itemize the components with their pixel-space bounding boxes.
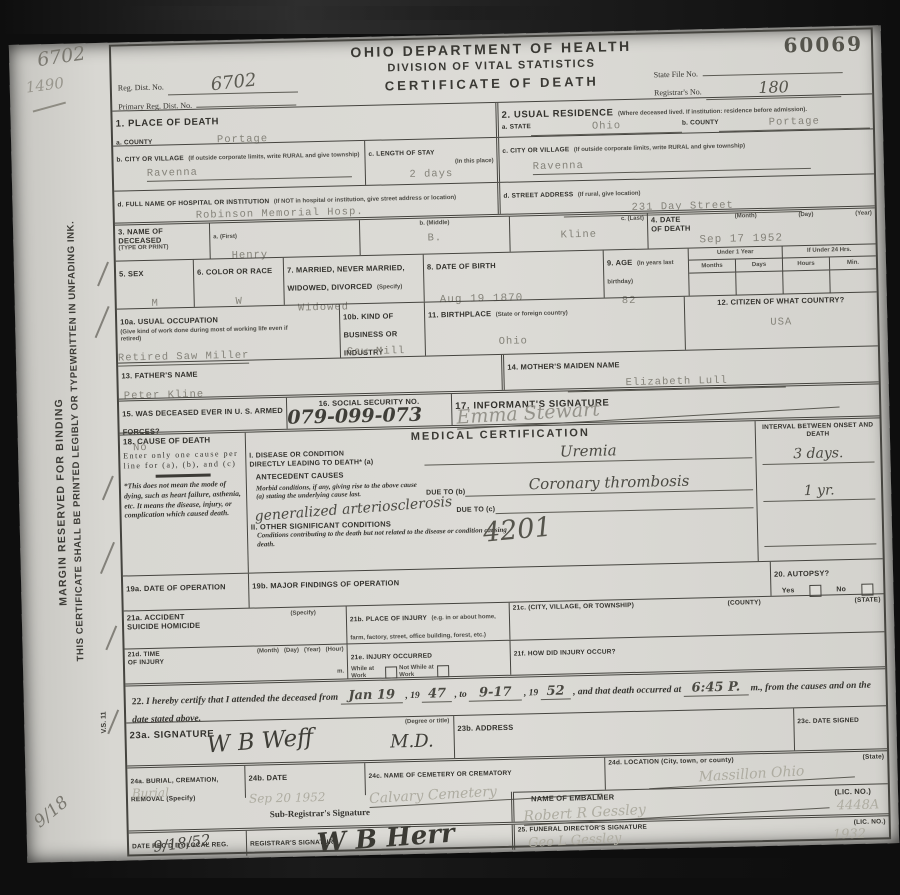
res-state-label: a. STATE	[502, 123, 531, 136]
registrar-no-value: 180	[758, 77, 789, 97]
sex-label: 5. SEX	[119, 269, 144, 279]
burial-location-state-label: (State)	[863, 753, 885, 761]
reg-dist-value: 6702	[209, 69, 257, 95]
mother-label: 14. MOTHER'S MAIDEN NAME	[507, 360, 620, 372]
days-cell	[736, 271, 784, 295]
father-label: 13. FATHER'S NAME	[121, 370, 197, 381]
certify-text-1: I hereby certify that I attended the dec…	[146, 693, 338, 707]
dod-month: (Month)	[735, 213, 757, 231]
hospital-label: d. FULL NAME OF HOSPITAL OR INSTITUTION	[117, 198, 269, 208]
hours-cell	[783, 270, 831, 294]
months-label: Months	[689, 260, 736, 273]
occupation-note: (Give kind of work done during most of w…	[120, 325, 300, 343]
place-city-label: b. CITY OR VILLAGE	[116, 155, 184, 164]
pencil-mark	[95, 306, 110, 338]
cause-instruction: Enter only one cause per line for (a), (…	[123, 448, 242, 472]
min-cell	[830, 269, 877, 293]
res-city-label: c. CITY OR VILLAGE	[502, 146, 569, 155]
injury-time-label: 21d. TIME OF INJURY	[128, 651, 168, 667]
burial-date-label: 24b. DATE	[248, 773, 287, 783]
place-city-value: Ravenna	[147, 164, 352, 181]
middle-label: b. (Middle)	[363, 219, 506, 229]
film-artifact	[120, 6, 620, 20]
interval-header: INTERVAL BETWEEN ONSET AND DEATH	[756, 418, 880, 439]
certify-to-date: 9-17	[469, 685, 522, 702]
signature-label: 23a. SIGNATURE	[129, 729, 214, 742]
state-file-label: State File No.	[654, 69, 698, 79]
marital-note: (Specify)	[377, 284, 402, 291]
certify-time: 6:45 P.	[683, 679, 748, 696]
pencil-mark	[105, 626, 116, 651]
birthplace-note: (State or foreign country)	[496, 310, 568, 318]
certify-from-date: Jan 19	[340, 687, 403, 704]
days-label: Days	[736, 258, 783, 271]
ssn-value: 079-099-073	[287, 404, 422, 429]
dod-year: (Year)	[855, 210, 872, 228]
last-label: c. (Last)	[513, 216, 644, 226]
certificate-form: OHIO DEPARTMENT OF HEALTH DIVISION OF VI…	[109, 27, 891, 856]
certify-p2: , 19	[524, 688, 538, 698]
cause-footnote: *This does not mean the mode of dying, s…	[124, 479, 244, 521]
under1-header: Under 1 Year	[689, 246, 783, 259]
age-label: 9. AGE	[607, 258, 633, 268]
interval-c	[764, 531, 876, 547]
funeral-lic-value: 1932	[833, 827, 866, 843]
last-value: Kline	[513, 229, 644, 244]
cause-b-value: Coronary thrombosis	[529, 472, 690, 494]
certify-num: 22.	[132, 697, 144, 707]
operation-findings-label: 19b. MAJOR FINDINGS OF OPERATION	[252, 578, 399, 590]
registrar-no-label: Registrar's No.	[654, 87, 702, 97]
certify-from-year: 47	[422, 686, 452, 703]
street-note: (If rural, give location)	[578, 191, 641, 198]
divider-bar	[156, 474, 211, 478]
min-label: Min.	[830, 256, 876, 269]
injury-kind-label: 21a. ACCIDENT SUICIDE HOMICIDE	[127, 611, 217, 631]
interval-b: 1 yr.	[804, 482, 835, 499]
injury-loc-label: 21c. (CITY, VILLAGE, OR TOWNSHIP)	[513, 602, 634, 613]
hospital-note: (If NOT in hospital or institution, give…	[274, 195, 456, 205]
pencil-mark	[102, 476, 113, 501]
injury-county-label: (COUNTY)	[728, 599, 762, 608]
date-received-value: 9/18/52	[152, 831, 212, 856]
operation-date-label: 19a. DATE OF OPERATION	[126, 582, 226, 593]
injury-state-label: (STATE)	[855, 596, 881, 604]
injury-time-cols: (Month) (Day) (Year) (Hour)	[257, 647, 344, 665]
state-file-stamp: 60069	[663, 32, 863, 61]
film-artifact	[60, 858, 820, 878]
physician-signature: W B Weff	[206, 724, 314, 758]
pencil-mark	[107, 710, 118, 735]
place-of-death-title: 1. PLACE OF DEATH	[116, 116, 220, 129]
pencil-mark	[97, 262, 108, 287]
degree-note: (Degree or title)	[405, 718, 449, 726]
months-cell	[689, 273, 737, 297]
injury-time-m: m.	[128, 668, 344, 680]
how-injury-label: 21f. HOW DID INJURY OCCUR?	[514, 648, 616, 657]
embalmer-label: NAME OF EMBALMER	[531, 792, 614, 803]
citizen-value: USA	[688, 315, 874, 331]
cause-label: 18. CAUSE OF DEATH	[123, 435, 242, 447]
birthplace-value: Ohio	[499, 333, 682, 349]
street-label: d. STREET ADDRESS	[503, 191, 573, 200]
injury-occurred-label: 21e. INJURY OCCURRED	[351, 653, 432, 662]
burial-value: Burial	[132, 786, 169, 801]
stamp-4201: 4201	[482, 511, 553, 548]
row-cause-of-death: 18. CAUSE OF DEATH Enter only one cause …	[120, 415, 883, 575]
due-to-c-label: DUE TO (c)	[456, 506, 495, 515]
pencil-mark	[100, 542, 115, 574]
date-signed-label: 23c. DATE SIGNED	[797, 717, 859, 725]
interval-a: 3 days.	[793, 445, 844, 462]
cause-a-value: Uremia	[560, 441, 617, 460]
hours-label: Hours	[783, 257, 830, 270]
injury-kind-note: (Specify)	[290, 610, 315, 617]
certify-to-year: 52	[540, 683, 570, 700]
stay-value: 2 days	[369, 168, 494, 182]
dod-label: 4. DATE OF DEATH	[651, 215, 693, 234]
place-city-note: (If outside corporate limits, write RURA…	[188, 152, 359, 162]
degree-value: M.D.	[390, 731, 434, 753]
certify-p1: , 19	[405, 691, 419, 701]
occupation-label: 10a. USUAL OCCUPATION	[120, 315, 218, 326]
under24-header: If Under 24 Hrs.	[783, 244, 876, 257]
reg-dist-label: Reg. Dist. No.	[118, 82, 164, 92]
usual-residence-title: 2. USUAL RESIDENCE	[501, 107, 613, 121]
burial-location-label: 24d. LOCATION (City, town, or county)	[608, 757, 734, 768]
res-county-label: b. COUNTY	[682, 119, 719, 132]
stay-label: c. LENGTH OF STAY	[368, 149, 434, 158]
embalmer-lic-label: (LIC. NO.)	[834, 787, 871, 797]
certify-text-2: , to	[454, 690, 466, 700]
res-city-note: (If outside corporate limits, write RURA…	[574, 143, 745, 153]
dod-day: (Day)	[798, 212, 813, 230]
form-number: V.S. 11	[100, 672, 109, 772]
race-label: 6. COLOR OR RACE	[197, 266, 272, 277]
name-label: 3. NAME OF DECEASED	[118, 226, 206, 246]
funeral-lic-label: (LIC. NO.)	[854, 818, 886, 827]
microfilm-scan: MARGIN RESERVED FOR BINDING THIS CERTIFI…	[0, 0, 900, 895]
name-sub: (TYPE OR PRINT)	[118, 244, 206, 253]
margin-pen-mark	[33, 102, 66, 112]
cemetery-label: 24c. NAME OF CEMETERY OR CREMATORY	[368, 770, 511, 780]
stay-note: (In this place)	[369, 158, 494, 168]
autopsy-label: 20. AUTOPSY?	[774, 569, 830, 579]
margin-handwriting-1490: 1490	[25, 74, 65, 97]
middle-value: B.	[363, 232, 506, 247]
margin-handwriting-6702: 6702	[36, 42, 87, 71]
certificate-paper: MARGIN RESERVED FOR BINDING THIS CERTIFI…	[9, 25, 899, 863]
injury-place-label: 21b. PLACE OF INJURY	[350, 615, 427, 624]
citizen-label: 12. CITIZEN OF WHAT COUNTRY?	[688, 294, 874, 307]
res-city-value: Ravenna	[533, 156, 811, 175]
first-label: a. (First)	[213, 234, 237, 241]
embalmer-lic-value: 4448A	[837, 797, 880, 813]
birthplace-label: 11. BIRTHPLACE	[428, 309, 491, 319]
certify-text-3: , and that death occurred at	[573, 685, 681, 697]
dob-label: 8. DATE OF BIRTH	[427, 261, 496, 272]
address-label: 23b. ADDRESS	[457, 723, 513, 733]
